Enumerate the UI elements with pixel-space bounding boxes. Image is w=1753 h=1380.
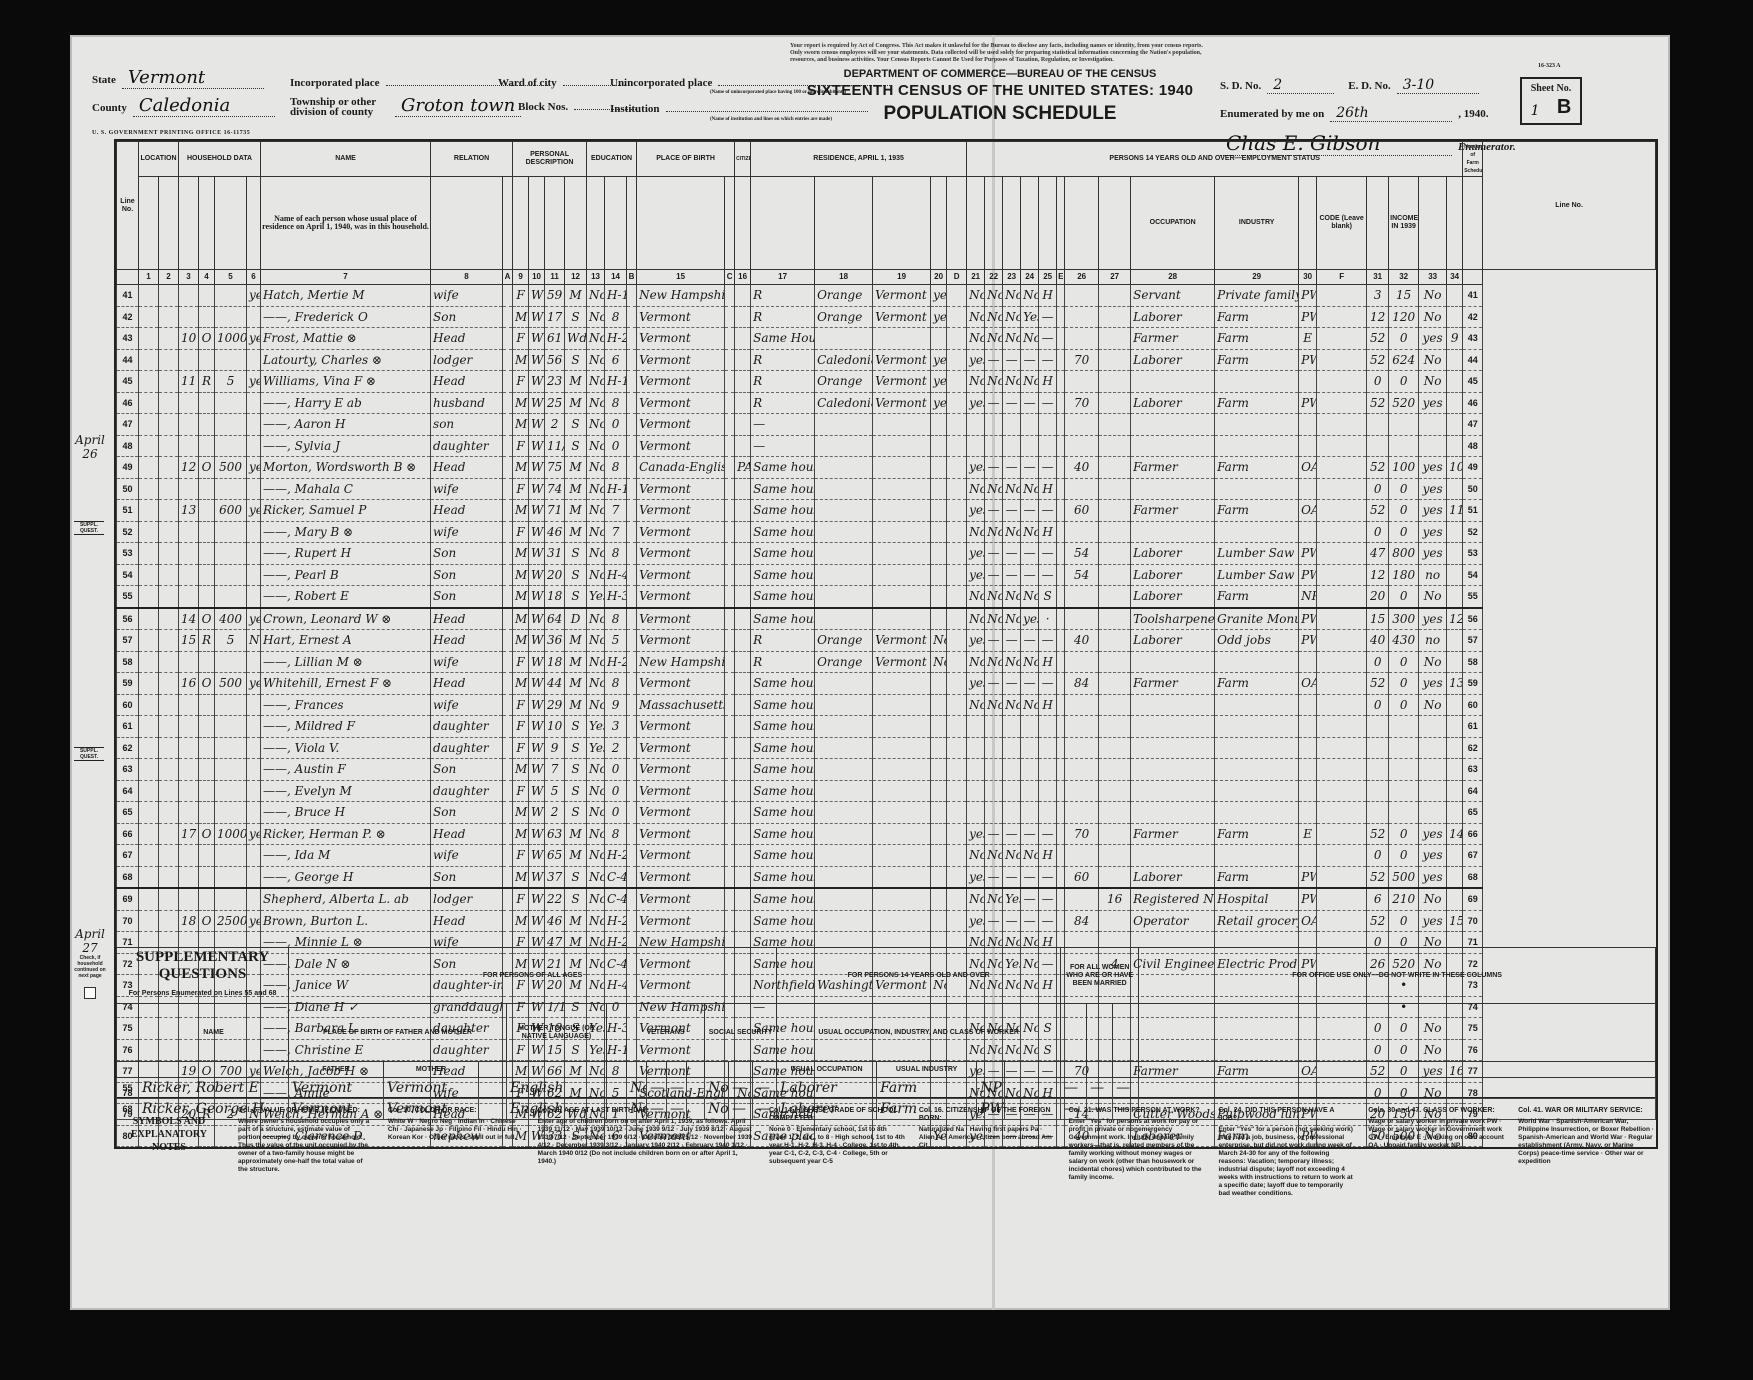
cell-other: No bbox=[1419, 888, 1447, 910]
line-number: 53 bbox=[117, 543, 139, 565]
cell-c25: — bbox=[1039, 888, 1057, 910]
note-col10-title: Col. 10. COLOR OR RACE: bbox=[388, 1107, 524, 1115]
cell-c23: — bbox=[1003, 457, 1021, 479]
cell-farm35: yes bbox=[931, 392, 947, 414]
cell-occ bbox=[1131, 780, 1215, 802]
cell-other bbox=[1419, 716, 1447, 738]
code-cell bbox=[725, 888, 735, 910]
cell-house bbox=[159, 823, 179, 845]
cell-fs bbox=[1447, 586, 1463, 608]
cell-cls bbox=[1299, 759, 1317, 781]
column-number: 14 bbox=[605, 270, 627, 285]
cell-city: Same house bbox=[751, 845, 815, 867]
cell-sch: No bbox=[587, 285, 605, 307]
cell-ind: Farm bbox=[1215, 500, 1299, 522]
cell-rel: Head bbox=[431, 500, 503, 522]
suppl-quest-marker-68: SUPPL. QUEST. bbox=[74, 747, 104, 761]
cell-c23: — bbox=[1003, 910, 1021, 932]
column-number: 29 bbox=[1215, 270, 1299, 285]
cell-c23: — bbox=[1003, 349, 1021, 371]
code-cell bbox=[947, 845, 967, 867]
code-cell bbox=[725, 478, 735, 500]
cell-fs bbox=[1447, 392, 1463, 414]
code-cell bbox=[503, 392, 513, 414]
cell-state bbox=[873, 802, 931, 824]
cell-mar: M bbox=[565, 371, 587, 393]
cell-c24 bbox=[1021, 759, 1039, 781]
cell-other: yes bbox=[1419, 823, 1447, 845]
cell-age: 46 bbox=[545, 910, 565, 932]
cell-cls: PW bbox=[1299, 543, 1317, 565]
township-field: Groton town bbox=[395, 95, 521, 117]
code-cell bbox=[725, 328, 735, 350]
cell-farm bbox=[247, 414, 261, 436]
cell-state: Vermont bbox=[873, 306, 931, 328]
cell-rel: daughter bbox=[431, 780, 503, 802]
cell-grade: H-2 bbox=[605, 651, 627, 673]
location-header: LOCATION bbox=[139, 142, 179, 177]
code-cell bbox=[725, 414, 735, 436]
cell-sex: F bbox=[513, 285, 529, 307]
cell-mar: S bbox=[565, 888, 587, 910]
cell-other: no bbox=[1419, 564, 1447, 586]
cell-c23: — bbox=[1003, 630, 1021, 652]
cell-county bbox=[815, 888, 873, 910]
cell-c26: 54 bbox=[1065, 543, 1099, 565]
cell-sex: F bbox=[513, 521, 529, 543]
cell-state bbox=[873, 759, 931, 781]
cell-age: 25 bbox=[545, 392, 565, 414]
cell-c22: — bbox=[985, 349, 1003, 371]
cell-street bbox=[139, 371, 159, 393]
cell-street bbox=[139, 673, 159, 695]
cell-name: Whitehill, Ernest F ⊗ bbox=[261, 673, 431, 695]
column-number bbox=[117, 270, 139, 285]
cell-own bbox=[199, 414, 215, 436]
cell-city: R bbox=[751, 285, 815, 307]
table-row: 69Shepherd, Alberta L. ablodgerFW22SNoC-… bbox=[117, 888, 1656, 910]
cell-c24: — bbox=[1021, 564, 1039, 586]
county-label: County bbox=[92, 102, 127, 114]
line-number: 48 bbox=[1463, 435, 1483, 457]
sheet-label: Sheet No. bbox=[1522, 83, 1580, 94]
cell-mar: S bbox=[565, 866, 587, 888]
cell-rel: wife bbox=[431, 521, 503, 543]
cell-grade: 5 bbox=[605, 630, 627, 652]
cell-farm35 bbox=[931, 694, 947, 716]
cell-name: ——, Pearl B bbox=[261, 564, 431, 586]
cell-c21: No bbox=[967, 478, 985, 500]
cell-rel: husband bbox=[431, 392, 503, 414]
supp-cell-c44: — bbox=[753, 1078, 777, 1099]
cell-c22: — bbox=[985, 673, 1003, 695]
table-row: 61——, Mildred FdaughterFW10SYes3VermontS… bbox=[117, 716, 1656, 738]
farm-schedule-header: Number of Farm Schedule bbox=[1463, 142, 1483, 177]
cell-cit bbox=[735, 414, 751, 436]
cell-birth: New Hampshire bbox=[637, 285, 725, 307]
cell-cit bbox=[735, 780, 751, 802]
cell-race: W bbox=[529, 306, 545, 328]
cell-street bbox=[139, 866, 159, 888]
cell-name: ——, Harry E ab bbox=[261, 392, 431, 414]
cell-birth: Vermont bbox=[637, 478, 725, 500]
cell-birth: Vermont bbox=[637, 500, 725, 522]
cell-ind bbox=[1215, 759, 1299, 781]
column-number: F bbox=[1317, 270, 1367, 285]
cell-c22: — bbox=[985, 457, 1003, 479]
cell-state bbox=[873, 500, 931, 522]
cell-sex: M bbox=[513, 349, 529, 371]
cell-cls bbox=[1299, 478, 1317, 500]
code-cell bbox=[627, 586, 637, 608]
cell-occ bbox=[1131, 371, 1215, 393]
column-number: 6 bbox=[247, 270, 261, 285]
cell-wks bbox=[1367, 780, 1389, 802]
line-number: 70 bbox=[117, 910, 139, 932]
cell-sch: Yes bbox=[587, 737, 605, 759]
cell-county bbox=[815, 866, 873, 888]
cell-rel: Son bbox=[431, 543, 503, 565]
cell-mar: M bbox=[565, 673, 587, 695]
cell-grade: 8 bbox=[605, 306, 627, 328]
cell-race: W bbox=[529, 716, 545, 738]
cell-street bbox=[139, 478, 159, 500]
column-number: 1 bbox=[139, 270, 159, 285]
cell-own bbox=[199, 500, 215, 522]
cell-age: 29 bbox=[545, 694, 565, 716]
cell-sex: M bbox=[513, 586, 529, 608]
code-cell bbox=[503, 457, 513, 479]
cell-wks: 0 bbox=[1367, 521, 1389, 543]
household-continued-checkbox[interactable] bbox=[84, 987, 96, 999]
code-cell bbox=[1317, 630, 1367, 652]
code-cell bbox=[1317, 866, 1367, 888]
cell-farm: yes bbox=[247, 371, 261, 393]
cell-age: 23 bbox=[545, 371, 565, 393]
cell-occ bbox=[1131, 716, 1215, 738]
table-row: 6617O1000yesRicker, Herman P. ⊗HeadMW63M… bbox=[117, 823, 1656, 845]
cell-c26 bbox=[1065, 521, 1099, 543]
cell-cit bbox=[735, 371, 751, 393]
cell-wage bbox=[1389, 716, 1419, 738]
name-instructions: Name of each person whose usual place of… bbox=[261, 177, 431, 270]
cell-wage: 180 bbox=[1389, 564, 1419, 586]
cell-sex: M bbox=[513, 414, 529, 436]
cell-race: W bbox=[529, 737, 545, 759]
supp-cell-occ: Laborer bbox=[777, 1078, 877, 1099]
cell-own bbox=[199, 349, 215, 371]
cell-farm bbox=[247, 543, 261, 565]
cell-c22 bbox=[985, 802, 1003, 824]
code-cell bbox=[503, 349, 513, 371]
cell-farm35: yes bbox=[931, 349, 947, 371]
cell-fs bbox=[1447, 759, 1463, 781]
code-cell bbox=[1317, 586, 1367, 608]
cell-name: ——, Sylvia J bbox=[261, 435, 431, 457]
cell-state bbox=[873, 478, 931, 500]
code-cell bbox=[503, 866, 513, 888]
cell-street bbox=[139, 823, 159, 845]
cell-own: R bbox=[199, 630, 215, 652]
code-cell bbox=[947, 435, 967, 457]
cell-wage: 120 bbox=[1389, 306, 1419, 328]
cell-wks: 0 bbox=[1367, 651, 1389, 673]
cell-grade: 8 bbox=[605, 543, 627, 565]
cell-c21: yes bbox=[967, 910, 985, 932]
cell-name: ——, Aaron H bbox=[261, 414, 431, 436]
cell-farm35 bbox=[931, 521, 947, 543]
cell-own bbox=[199, 564, 215, 586]
cell-birth: Vermont bbox=[637, 673, 725, 695]
code-cell bbox=[627, 328, 637, 350]
cell-c26 bbox=[1065, 478, 1099, 500]
cell-other: yes bbox=[1419, 478, 1447, 500]
line-no-header-right: Line No. bbox=[1483, 142, 1656, 270]
cell-city: — bbox=[751, 435, 815, 457]
cell-c27 bbox=[1099, 285, 1131, 307]
cell-house bbox=[159, 543, 179, 565]
cell-c27 bbox=[1099, 737, 1131, 759]
code-cell bbox=[725, 608, 735, 630]
cell-hh: 10 bbox=[179, 328, 199, 350]
cell-state bbox=[873, 823, 931, 845]
column-number: 34 bbox=[1447, 270, 1463, 285]
line-number: 58 bbox=[1463, 651, 1483, 673]
cell-c23: No bbox=[1003, 694, 1021, 716]
cell-age: 71 bbox=[545, 500, 565, 522]
cell-mar: S bbox=[565, 586, 587, 608]
cell-house bbox=[159, 780, 179, 802]
cell-wage: 624 bbox=[1389, 349, 1419, 371]
cell-farm35 bbox=[931, 328, 947, 350]
cell-name: ——, Ida M bbox=[261, 845, 431, 867]
cell-city: R bbox=[751, 371, 815, 393]
cell-farm35 bbox=[931, 673, 947, 695]
cell-c22 bbox=[985, 716, 1003, 738]
cell-sex: M bbox=[513, 608, 529, 630]
cell-mar: S bbox=[565, 543, 587, 565]
code-cell bbox=[1057, 285, 1065, 307]
code-cell bbox=[947, 694, 967, 716]
note-col14-title: Col. 14. HIGHEST GRADE OF SCHOOL COMPLET… bbox=[769, 1107, 905, 1123]
cell-ind: Farm bbox=[1215, 673, 1299, 695]
cell-wks bbox=[1367, 414, 1389, 436]
cell-c25: H bbox=[1039, 478, 1057, 500]
cell-wks: 6 bbox=[1367, 888, 1389, 910]
code-cell bbox=[725, 521, 735, 543]
cell-cls: PW bbox=[1299, 630, 1317, 652]
line-number: 45 bbox=[1463, 371, 1483, 393]
cell-sch: No bbox=[587, 694, 605, 716]
cell-c25: — bbox=[1039, 500, 1057, 522]
cell-fs bbox=[1447, 285, 1463, 307]
cell-farm35 bbox=[931, 414, 947, 436]
code-cell bbox=[503, 694, 513, 716]
line-number: 57 bbox=[1463, 630, 1483, 652]
cell-occ: Farmer bbox=[1131, 673, 1215, 695]
cell-sex: F bbox=[513, 478, 529, 500]
cell-farm bbox=[247, 845, 261, 867]
cell-mar: M bbox=[565, 630, 587, 652]
line-number: 67 bbox=[1463, 845, 1483, 867]
cell-age: 63 bbox=[545, 823, 565, 845]
cell-birth: Vermont bbox=[637, 630, 725, 652]
cell-wks bbox=[1367, 802, 1389, 824]
cell-street bbox=[139, 564, 159, 586]
cell-age: 36 bbox=[545, 630, 565, 652]
line-number: 55 bbox=[117, 586, 139, 608]
cell-rel: Head bbox=[431, 371, 503, 393]
cell-county bbox=[815, 802, 873, 824]
cell-wks: 12 bbox=[1367, 306, 1389, 328]
cell-occ: Farmer bbox=[1131, 457, 1215, 479]
cell-farm: yes bbox=[247, 457, 261, 479]
cell-c21: yes bbox=[967, 457, 985, 479]
code-cell bbox=[627, 910, 637, 932]
cell-race: W bbox=[529, 349, 545, 371]
cell-county bbox=[815, 414, 873, 436]
cell-c21 bbox=[967, 737, 985, 759]
cell-state bbox=[873, 780, 931, 802]
cell-wage: 0 bbox=[1389, 673, 1419, 695]
cell-house bbox=[159, 435, 179, 457]
cell-farm: yes bbox=[247, 673, 261, 695]
code-cell bbox=[503, 737, 513, 759]
cell-other: yes bbox=[1419, 910, 1447, 932]
cell-c24: — bbox=[1021, 630, 1039, 652]
cell-grade: 0 bbox=[605, 759, 627, 781]
code-cell bbox=[1317, 888, 1367, 910]
cell-county: Orange bbox=[815, 285, 873, 307]
cell-wks: 47 bbox=[1367, 543, 1389, 565]
cell-house bbox=[159, 759, 179, 781]
cell-birth: Vermont bbox=[637, 823, 725, 845]
cell-farm35 bbox=[931, 608, 947, 630]
cell-birth: Canada-English bbox=[637, 457, 725, 479]
code-cell bbox=[627, 845, 637, 867]
code-cell bbox=[725, 694, 735, 716]
cell-state bbox=[873, 694, 931, 716]
column-number: 17 bbox=[751, 270, 815, 285]
cell-fs bbox=[1447, 630, 1463, 652]
supp-cell-c48: — bbox=[1061, 1078, 1087, 1099]
cell-hh: 13 bbox=[179, 500, 199, 522]
cell-mar: S bbox=[565, 414, 587, 436]
cell-street bbox=[139, 845, 159, 867]
code-cell bbox=[725, 349, 735, 371]
cell-mar: M bbox=[565, 651, 587, 673]
cell-occ bbox=[1131, 845, 1215, 867]
code-cell bbox=[1057, 521, 1065, 543]
cell-c22: — bbox=[985, 630, 1003, 652]
cell-birth: Vermont bbox=[637, 328, 725, 350]
code-cell bbox=[503, 435, 513, 457]
note-col16-text: Naturalized Na · Having first papers Pa … bbox=[919, 1126, 1055, 1150]
code-cell bbox=[627, 371, 637, 393]
code-cell bbox=[725, 630, 735, 652]
note-col24: Col. 24. DID THIS PERSON HAVE A JOB?Ente… bbox=[1218, 1107, 1354, 1177]
cell-state bbox=[873, 521, 931, 543]
cell-rel: lodger bbox=[431, 349, 503, 371]
cell-c22: No bbox=[985, 478, 1003, 500]
cell-farm35 bbox=[931, 586, 947, 608]
cell-city: R bbox=[751, 651, 815, 673]
cell-grade: 7 bbox=[605, 521, 627, 543]
cell-hh bbox=[179, 694, 199, 716]
cell-birth: Vermont bbox=[637, 435, 725, 457]
cell-sch: Yes bbox=[587, 716, 605, 738]
cell-value: 500 bbox=[215, 457, 247, 479]
cell-house bbox=[159, 694, 179, 716]
cell-county bbox=[815, 521, 873, 543]
cell-c27 bbox=[1099, 651, 1131, 673]
cell-fs bbox=[1447, 543, 1463, 565]
cell-cls bbox=[1299, 845, 1317, 867]
cell-ind bbox=[1215, 802, 1299, 824]
personal-description-header: PERSONAL DESCRIPTION bbox=[513, 142, 587, 177]
cell-c27 bbox=[1099, 328, 1131, 350]
cell-street bbox=[139, 285, 159, 307]
cell-hh bbox=[179, 716, 199, 738]
cell-state bbox=[873, 328, 931, 350]
code-cell bbox=[947, 630, 967, 652]
cell-grade: H-1 bbox=[605, 371, 627, 393]
code-cell bbox=[627, 435, 637, 457]
incorporated-place-label: Incorporated place bbox=[290, 77, 380, 89]
cell-hh bbox=[179, 414, 199, 436]
cell-fs bbox=[1447, 866, 1463, 888]
cell-hh bbox=[179, 888, 199, 910]
cell-c24: No bbox=[1021, 521, 1039, 543]
household-header: HOUSEHOLD DATA bbox=[179, 142, 261, 177]
cell-c26: 70 bbox=[1065, 349, 1099, 371]
cell-name: ——, Bruce H bbox=[261, 802, 431, 824]
place-of-birth-header: PLACE OF BIRTH bbox=[637, 142, 735, 177]
cell-county: Caledonia bbox=[815, 392, 873, 414]
cell-other bbox=[1419, 759, 1447, 781]
code-cell bbox=[947, 500, 967, 522]
cell-other bbox=[1419, 737, 1447, 759]
cell-c27 bbox=[1099, 845, 1131, 867]
cell-c25: H bbox=[1039, 651, 1057, 673]
cell-cls bbox=[1299, 435, 1317, 457]
cell-house bbox=[159, 349, 179, 371]
code-cell bbox=[1057, 564, 1065, 586]
code-cell bbox=[1057, 845, 1065, 867]
cell-c24: No bbox=[1021, 845, 1039, 867]
cell-city: Same house bbox=[751, 608, 815, 630]
social-security-header: SOCIAL SECURITY bbox=[705, 1004, 777, 1062]
cell-ind bbox=[1215, 780, 1299, 802]
cell-cls: NP bbox=[1299, 586, 1317, 608]
cell-sex: F bbox=[513, 694, 529, 716]
cell-hh: 12 bbox=[179, 457, 199, 479]
cell-c25 bbox=[1039, 759, 1057, 781]
cell-state: Vermont bbox=[873, 392, 931, 414]
cell-sex: F bbox=[513, 780, 529, 802]
cell-street bbox=[139, 694, 159, 716]
cell-race: W bbox=[529, 328, 545, 350]
cell-race: W bbox=[529, 780, 545, 802]
cell-mar: M bbox=[565, 500, 587, 522]
cell-wage: 0 bbox=[1389, 328, 1419, 350]
cell-c27 bbox=[1099, 414, 1131, 436]
cell-race: W bbox=[529, 586, 545, 608]
cell-wks: 52 bbox=[1367, 349, 1389, 371]
cell-cit bbox=[735, 349, 751, 371]
line-number: 42 bbox=[1463, 306, 1483, 328]
table-row: 64——, Evelyn MdaughterFW5SNo0VermontSame… bbox=[117, 780, 1656, 802]
